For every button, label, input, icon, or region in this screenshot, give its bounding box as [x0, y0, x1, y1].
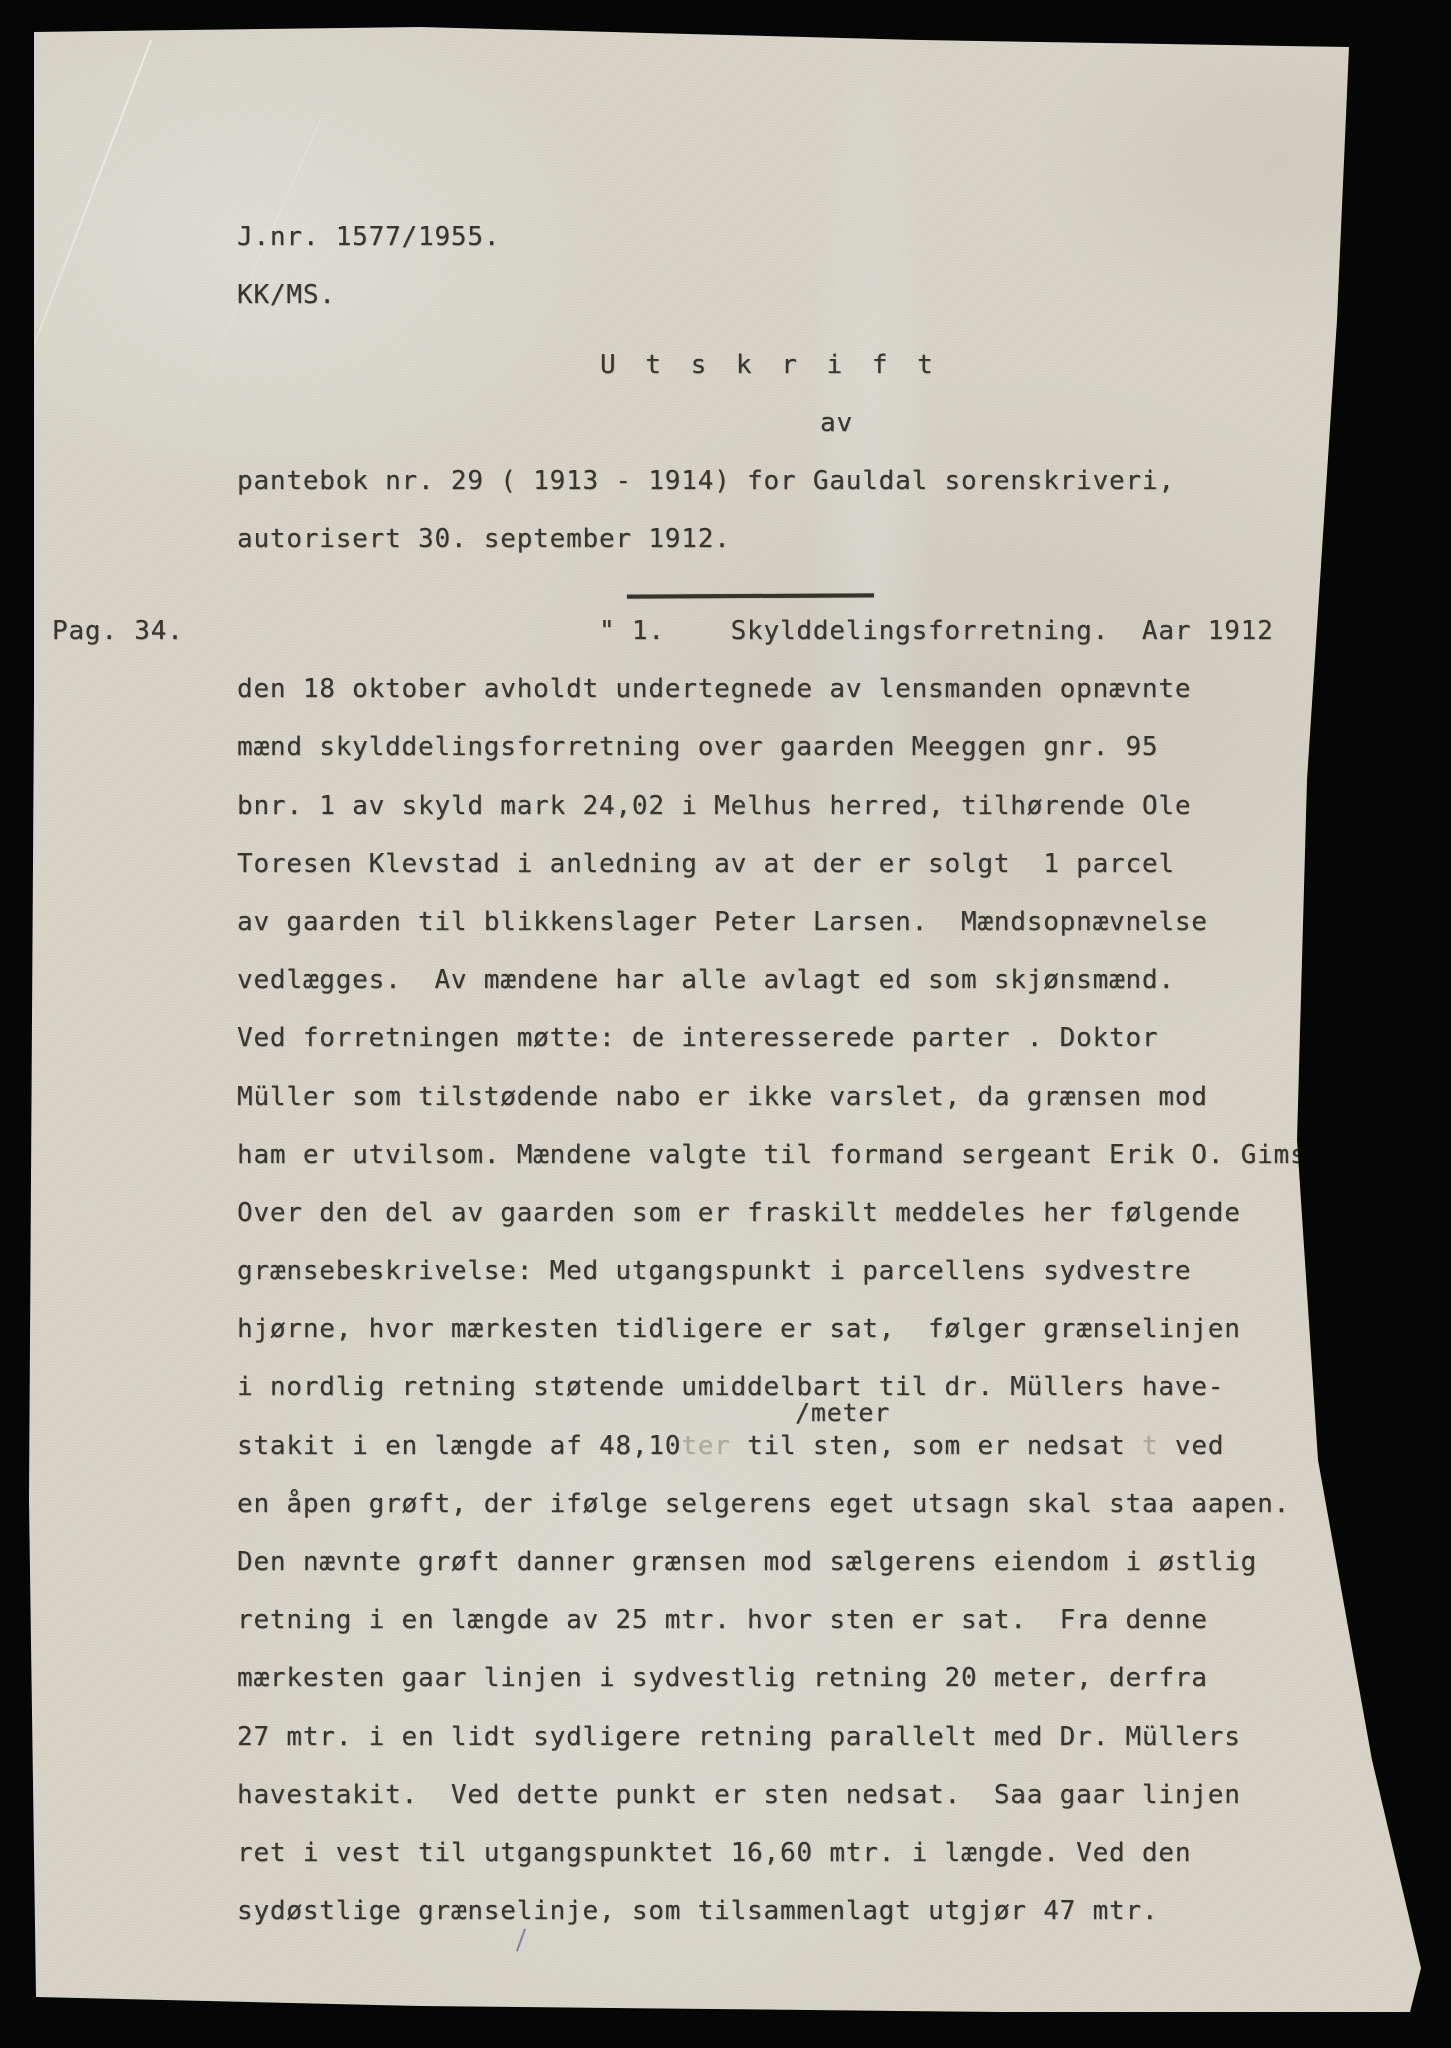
body-line: bnr. 1 av skyld mark 24,02 i Melhus herr… — [237, 777, 1323, 835]
body-line-text: mærkesten gaar linjen i sydvestlig retni… — [237, 1663, 1208, 1693]
source-line-1: pantebok nr. 29 ( 1913 - 1914) for Gauld… — [237, 466, 1175, 496]
body-line: i nordlig retning støtende umiddelbart t… — [237, 1358, 1323, 1416]
body-line-text: en åpen grøft, der ifølge selgerens eget… — [237, 1489, 1290, 1519]
body-line: grænsebeskrivelse: Med utgangspunkt i pa… — [237, 1242, 1323, 1300]
divider-rule — [627, 593, 874, 598]
body-line: retning i en længde av 25 mtr. hvor sten… — [237, 1591, 1323, 1649]
document-subtitle: av — [820, 408, 853, 438]
body-line-text: Ved forretningen møtte: de interesserede… — [237, 1023, 1158, 1053]
body-line: Over den del av gaarden som er fraskilt … — [237, 1184, 1323, 1242]
body-line-text: sydøstlige grænselinje, som tilsammenlag… — [237, 1896, 1158, 1926]
body-line-text: til sten, som er nedsat — [731, 1431, 1126, 1461]
body-line-text: 27 mtr. i en lidt sydligere retning para… — [237, 1722, 1241, 1752]
body-line: en åpen grøft, der ifølge selgerens eget… — [237, 1475, 1323, 1533]
paper-crease — [149, 120, 321, 504]
body-line-text: den 18 oktober avholdt undertegnede av l… — [237, 674, 1191, 704]
body-line-text: Müller som tilstødende nabo er ikke vars… — [237, 1082, 1208, 1112]
body-line-text: bnr. 1 av skyld mark 24,02 i Melhus herr… — [237, 791, 1191, 821]
body-line: sydøstlige grænselinje, som tilsammenlag… — [237, 1882, 1323, 1940]
body-line: vedlægges. Av mændene har alle avlagt ed… — [237, 951, 1323, 1009]
faded-erased-text: t — [1126, 1431, 1159, 1461]
body-line-text: hjørne, hvor mærkesten tidligere er sat,… — [237, 1314, 1241, 1344]
faded-erased-text: ter — [681, 1431, 730, 1461]
inserted-correction-meter: /meter — [795, 1398, 890, 1427]
body-line-text: " 1. Skylddelingsforretning. Aar 1912 — [237, 616, 1274, 646]
body-line: ret i vest til utgangspunktet 16,60 mtr.… — [237, 1824, 1323, 1882]
document-paper: J.nr. 1577/1955. KK/MS. U t s k r i f t … — [0, 0, 1451, 2048]
body-line: av gaarden til blikkenslager Peter Larse… — [237, 893, 1323, 951]
body-line: havestakit. Ved dette punkt er sten neds… — [237, 1766, 1323, 1824]
paper-crease — [0, 40, 152, 564]
body-line-text: ham er utvilsom. Mændene valgte til form… — [237, 1140, 1323, 1170]
document-title: U t s k r i f t — [600, 350, 940, 380]
body-line-text: mænd skylddelingsforretning over gaarden… — [237, 732, 1158, 762]
body-line: 27 mtr. i en lidt sydligere retning para… — [237, 1708, 1323, 1766]
body-line: Ved forretningen møtte: de interesserede… — [237, 1009, 1323, 1067]
body-line-text: havestakit. Ved dette punkt er sten neds… — [237, 1780, 1241, 1810]
scan-background: J.nr. 1577/1955. KK/MS. U t s k r i f t … — [0, 0, 1451, 2048]
body-line: mænd skylddelingsforretning over gaarden… — [237, 718, 1323, 776]
body-line-text: stakit i en længde af 48,10 — [237, 1431, 681, 1461]
source-line-2: autorisert 30. september 1912. — [237, 524, 731, 554]
body-line-text: Over den del av gaarden som er fraskilt … — [237, 1198, 1241, 1228]
body-line-text: ret i vest til utgangspunktet 16,60 mtr.… — [237, 1838, 1191, 1868]
body-line-text: vedlægges. Av mændene har alle avlagt ed… — [237, 965, 1175, 995]
body-line-text: retning i en længde av 25 mtr. hvor sten… — [237, 1605, 1208, 1635]
body-line-text: Den nævnte grøft danner grænsen mod sælg… — [237, 1547, 1257, 1577]
body-line-text: Toresen Klevstad i anledning av at der e… — [237, 849, 1175, 879]
body-line-text: grænsebeskrivelse: Med utgangspunkt i pa… — [237, 1256, 1191, 1286]
body-text: " 1. Skylddelingsforretning. Aar 1912den… — [237, 602, 1323, 1940]
body-line-text: ved — [1158, 1431, 1224, 1461]
body-line: hjørne, hvor mærkesten tidligere er sat,… — [237, 1300, 1323, 1358]
body-line: Müller som tilstødende nabo er ikke vars… — [237, 1068, 1323, 1126]
clerk-initials: KK/MS. — [237, 280, 336, 310]
journal-number: J.nr. 1577/1955. — [237, 222, 500, 252]
body-line: Den nævnte grøft danner grænsen mod sælg… — [237, 1533, 1323, 1591]
body-line-text: av gaarden til blikkenslager Peter Larse… — [237, 907, 1208, 937]
body-line: " 1. Skylddelingsforretning. Aar 1912 — [237, 602, 1323, 660]
body-line: Toresen Klevstad i anledning av at der e… — [237, 835, 1323, 893]
body-line: den 18 oktober avholdt undertegnede av l… — [237, 660, 1323, 718]
body-line: ham er utvilsom. Mændene valgte til form… — [237, 1126, 1323, 1184]
page-label: Pag. 34. — [52, 616, 184, 646]
body-line: stakit i en længde af 48,10ter til sten,… — [237, 1417, 1323, 1475]
body-line: mærkesten gaar linjen i sydvestlig retni… — [237, 1649, 1323, 1707]
body-line-text: i nordlig retning støtende umiddelbart t… — [237, 1372, 1224, 1402]
